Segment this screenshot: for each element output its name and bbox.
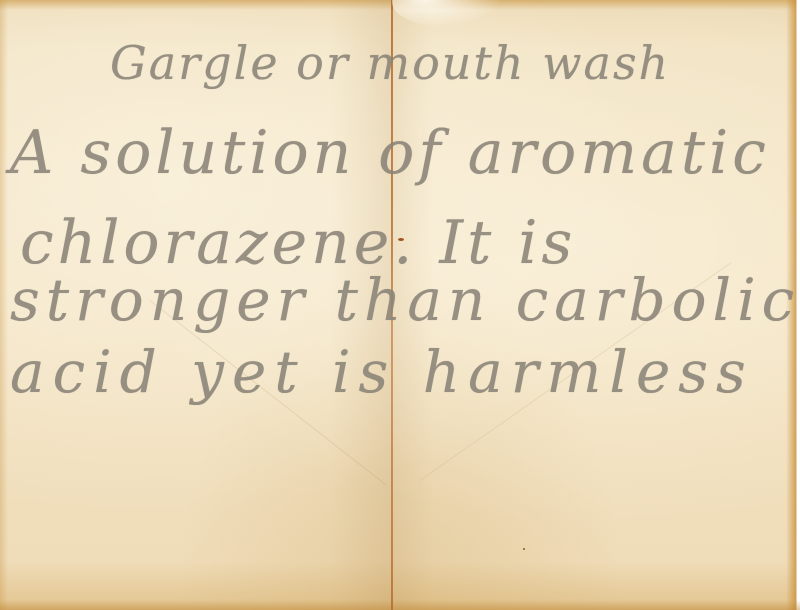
handwritten-text: Gargle or mouth wash A solution of aroma… [0, 0, 800, 610]
handwritten-line: acid yet is harmless [10, 338, 754, 406]
handwritten-line: stronger than carbolic [10, 266, 800, 334]
handwritten-line-heading: Gargle or mouth wash [110, 36, 670, 90]
scanned-notebook-page: Gargle or mouth wash A solution of aroma… [0, 0, 800, 610]
handwritten-line: A solution of aromatic [10, 118, 770, 188]
